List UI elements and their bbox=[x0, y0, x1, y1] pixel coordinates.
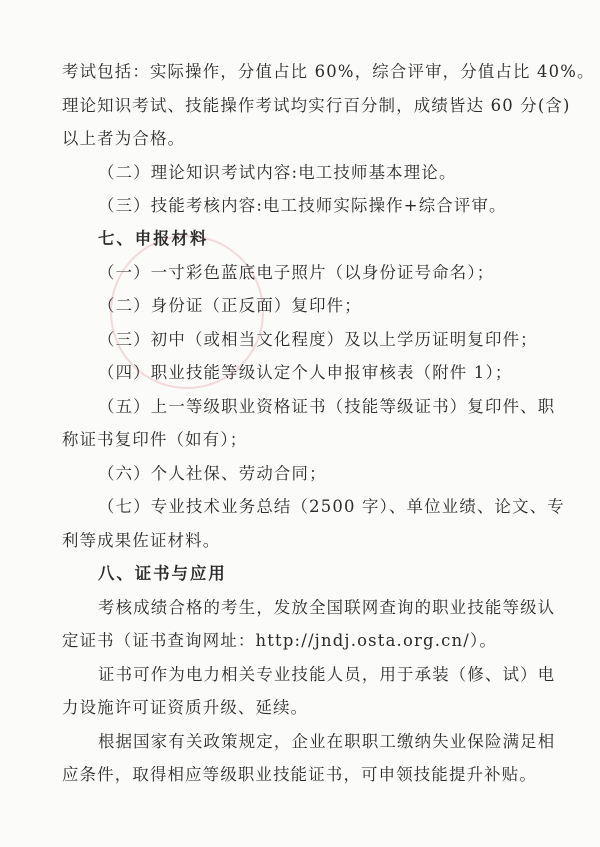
text-line: 应条件，取得相应等级职业技能证书，可申领技能提升补贴。 bbox=[62, 765, 537, 785]
section-heading: 八、证书与应用 bbox=[98, 564, 227, 584]
text-line: （二）身份证（正反面）复印件； bbox=[98, 296, 362, 316]
text-line: （六）个人社保、劳动合同； bbox=[98, 464, 327, 484]
text-line: （五）上一等级职业资格证书（技能等级证书）复印件、职 bbox=[98, 397, 555, 417]
text-line: 力设施许可证资质升级、延续。 bbox=[62, 698, 308, 718]
text-line: 根据国家有关政策规定，企业在职职工缴纳失业保险满足相 bbox=[98, 732, 555, 752]
text-line: 以上者为合格。 bbox=[62, 129, 185, 149]
text-line: 理论知识考试、技能操作考试均实行百分制，成绩皆达 60 分(含) bbox=[62, 96, 571, 116]
text-line: 证书可作为电力相关专业技能人员，用于承装（修、试）电 bbox=[98, 665, 555, 685]
text-line: （三）技能考核内容:电工技师实际操作+综合评审。 bbox=[98, 196, 507, 216]
text-line: （三）初中（或相当文化程度）及以上学历证明复印件； bbox=[98, 330, 538, 350]
text-line: 定证书（证书查询网址：http://jndj.osta.org.cn/）。 bbox=[62, 631, 497, 651]
section-heading: 七、申报材料 bbox=[98, 229, 208, 249]
text-line: （一）一寸彩色蓝底电子照片（以身份证号命名）； bbox=[98, 263, 494, 283]
text-line: 考核成绩合格的考生，发放全国联网查询的职业技能等级认 bbox=[98, 598, 555, 618]
text-line: （七）专业技术业务总结（2500 字）、单位业绩、论文、专 bbox=[98, 497, 565, 517]
text-line: 称证书复印件（如有）； bbox=[62, 430, 247, 450]
document-page: 考试包括：实际操作，分值占比 60%，综合评审，分值占比 40%。 理论知识考试… bbox=[0, 0, 600, 847]
text-line: 利等成果佐证材料。 bbox=[62, 531, 220, 551]
text-line: 考试包括：实际操作，分值占比 60%，综合评审，分值占比 40%。 bbox=[62, 62, 595, 82]
text-line: （二）理论知识考试内容:电工技师基本理论。 bbox=[98, 163, 457, 183]
text-line: （四）职业技能等级认定个人申报审核表（附件 1）； bbox=[98, 363, 512, 383]
